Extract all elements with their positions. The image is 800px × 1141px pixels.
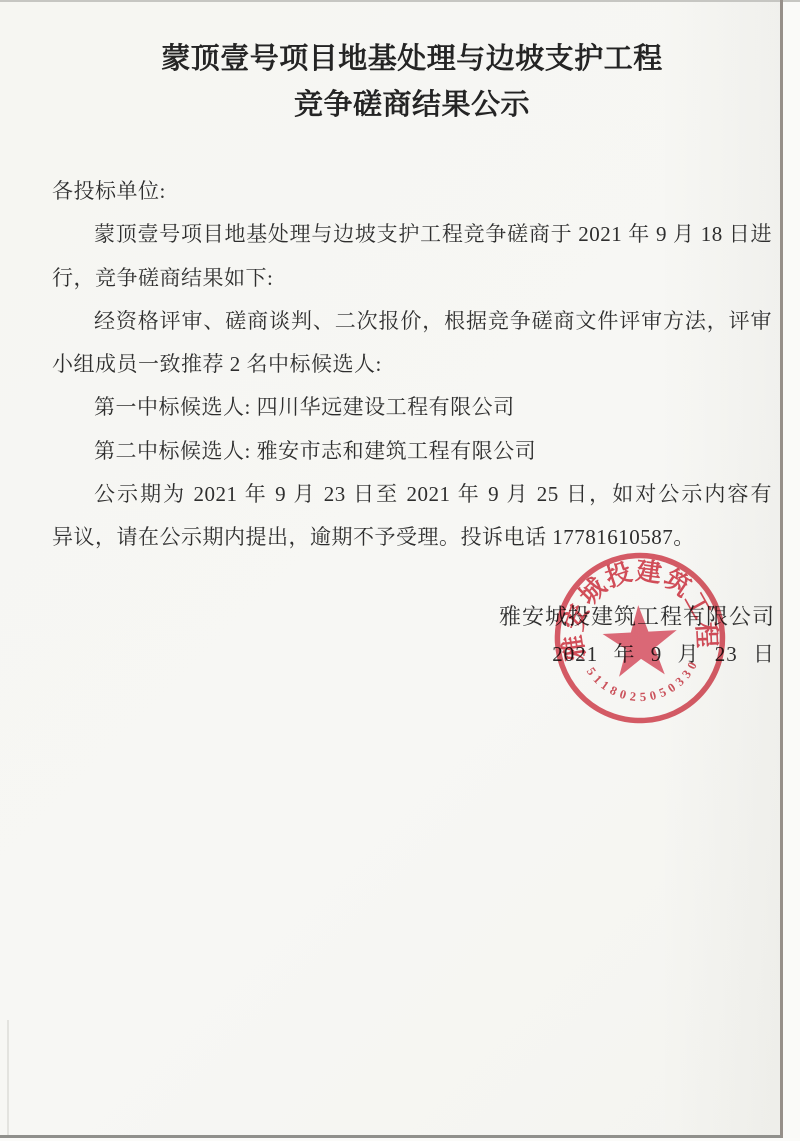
seal-star-icon (601, 603, 679, 677)
title-line-2: 竞争磋商结果公示 (52, 82, 772, 128)
document-line: 经资格评审、磋商谈判、二次报价，根据竞争磋商文件评审方法，评审 (52, 300, 772, 343)
title-line-1: 蒙顶壹号项目地基处理与边坡支护工程 (52, 36, 772, 82)
document-line: 蒙顶壹号项目地基处理与边坡支护工程竞争磋商于 2021 年 9 月 18 日进 (52, 213, 772, 256)
first-candidate-line: 第一中标候选人: 四川华远建设工程有限公司 (52, 386, 772, 429)
scanned-document-page: 蒙顶壹号项目地基处理与边坡支护工程 竞争磋商结果公示 各投标单位: 蒙顶壹号项目… (0, 0, 800, 1141)
document-body: 各投标单位: 蒙顶壹号项目地基处理与边坡支护工程竞争磋商于 2021 年 9 月… (52, 170, 772, 560)
document-line: 小组成员一致推荐 2 名中标候选人: (52, 343, 772, 386)
seal-serial-textpath: 5118025050330 (583, 657, 703, 707)
seal-graphic: 雅安城投建筑工程有限公司 5118025050330 (546, 544, 735, 733)
document-line: 行，竞争磋商结果如下: (52, 257, 772, 300)
second-candidate-line: 第二中标候选人: 雅安市志和建筑工程有限公司 (52, 430, 772, 473)
page-edge-top (0, 0, 800, 2)
document-title: 蒙顶壹号项目地基处理与边坡支护工程 竞争磋商结果公示 (52, 36, 772, 128)
seal-serial-number: 5118025050330 (583, 657, 703, 707)
salutation-line: 各投标单位: (52, 170, 772, 213)
company-seal-stamp: 雅安城投建筑工程有限公司 5118025050330 (546, 544, 735, 733)
page-edge-right (780, 0, 783, 1141)
document-line: 公示期为 2021 年 9 月 23 日至 2021 年 9 月 25 日，如对… (52, 473, 772, 516)
page-edge-left (7, 1020, 9, 1141)
